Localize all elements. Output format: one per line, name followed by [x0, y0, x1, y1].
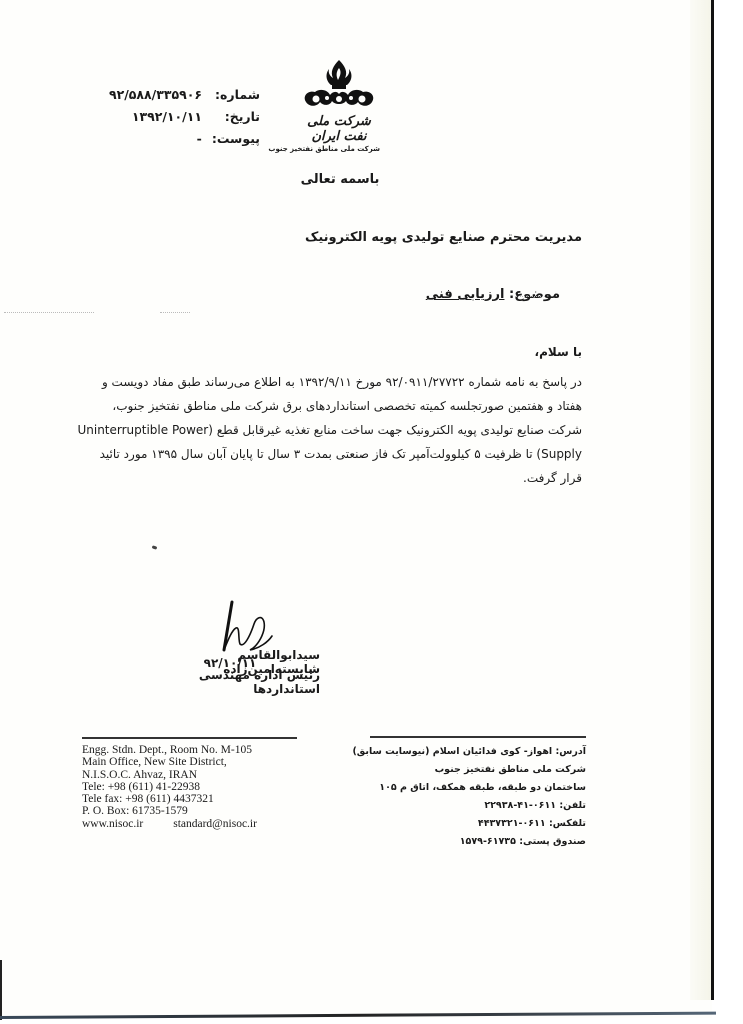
meta-label: شماره: [212, 84, 260, 106]
footer-line: تلفکس: ۰۶۱۱-۴۴۳۷۳۲۱ [380, 815, 586, 833]
meta-value: ۱۳۹۲/۱۰/۱۱ [132, 106, 202, 128]
footer-line: P. O. Box: 61735-1579 [82, 805, 302, 817]
page-left-edge [0, 960, 2, 1020]
footer-line: Tele: +98 (611) 41-22938 [82, 781, 302, 793]
subject-line: موضوع: ارزیابی فنی [360, 287, 560, 302]
meta-value: - [197, 128, 202, 150]
body-line: هفتاد و هفتمین صورتجلسه کمیته تخصصی استا… [96, 394, 582, 418]
subject-value: ارزیابی فنی [426, 287, 505, 302]
recipient: مدیریت محترم صنایع تولیدی پویه الکترونیک [300, 230, 582, 245]
footer-line: آدرس: اهواز- کوی فدائیان اسلام (نیوسایت … [380, 743, 586, 761]
letter-body: در پاسخ به نامه شماره ۹۲/۰۹۱۱/۲۷۷۲۲ مورخ… [96, 370, 582, 490]
meta-label: تاریخ: [212, 106, 260, 128]
footer-line: N.I.S.O.C. Ahvaz, IRAN [82, 769, 302, 781]
footer-line: شرکت ملی مناطق نفتخیز جنوب [380, 761, 586, 779]
invocation: باسمه تعالی [300, 172, 380, 187]
footer-line: صندوق پستی: ۶۱۷۳۵-۱۵۷۹ [380, 833, 586, 851]
body-line: در پاسخ به نامه شماره ۹۲/۰۹۱۱/۲۷۷۲۲ مورخ… [96, 370, 582, 394]
footer-line: ساختمان دو طبقه، طبقه همکف، اتاق م ۱۰۵ [380, 779, 586, 797]
footer-divider [370, 736, 586, 738]
meta-date: تاریخ: ۱۳۹۲/۱۰/۱۱ [90, 106, 260, 128]
footer-contact-row: www.nisoc.ir standard@nisoc.ir [82, 818, 302, 830]
body-line: Supply) تا ظرفیت ۵ کیلوولت‌آمپر تک فاز ص… [96, 442, 582, 466]
footer-line: Tele fax: +98 (611) 4437321 [82, 793, 302, 805]
page-right-edge [711, 0, 714, 1000]
greeting: با سلام، [400, 345, 582, 359]
company-logo: شرکت ملی نفت ایران شرکت ملی مناطق نفتخیز… [298, 58, 380, 153]
meta-number: شماره: ۹۲/۵۸۸/۳۳۵۹۰۶ [90, 84, 260, 106]
logo-subtitle: شرکت ملی مناطق نفتخیز جنوب [298, 145, 380, 153]
footer-divider [82, 737, 297, 739]
scan-artifact [4, 312, 94, 314]
scan-margin-strip [690, 0, 712, 1000]
letter-meta: شماره: ۹۲/۵۸۸/۳۳۵۹۰۶ تاریخ: ۱۳۹۲/۱۰/۱۱ پ… [90, 84, 260, 150]
flame-logo-icon [300, 58, 378, 114]
body-line: شرکت صنایع تولیدی پویه الکترونیک جهت ساخ… [96, 418, 582, 442]
scan-artifact [160, 312, 190, 314]
footer-line: تلفن: ۰۶۱۱-۴۱-۲۲۹۳۸ [380, 797, 586, 815]
meta-value: ۹۲/۵۸۸/۳۳۵۹۰۶ [109, 84, 202, 106]
footer-line: Engg. Stdn. Dept., Room No. M-105 [82, 744, 302, 756]
scan-artifact [515, 296, 545, 298]
footer-email: standard@nisoc.ir [173, 818, 257, 830]
footer-persian-address: آدرس: اهواز- کوی فدائیان اسلام (نیوسایت … [380, 743, 586, 851]
meta-attachment: پیوست: - [90, 128, 260, 150]
body-line: قرار گرفت. [96, 466, 582, 490]
subject-label: موضوع: [509, 287, 560, 302]
footer-english-address: Engg. Stdn. Dept., Room No. M-105 Main O… [82, 744, 302, 830]
logo-script-text: شرکت ملی نفت ایران [298, 114, 380, 144]
footer-website: www.nisoc.ir [82, 818, 143, 830]
signatory-title: رئیس اداره مهندسی استانداردها [150, 668, 320, 696]
footer-line: Main Office, New Site District, [82, 756, 302, 768]
meta-label: پیوست: [212, 128, 260, 150]
